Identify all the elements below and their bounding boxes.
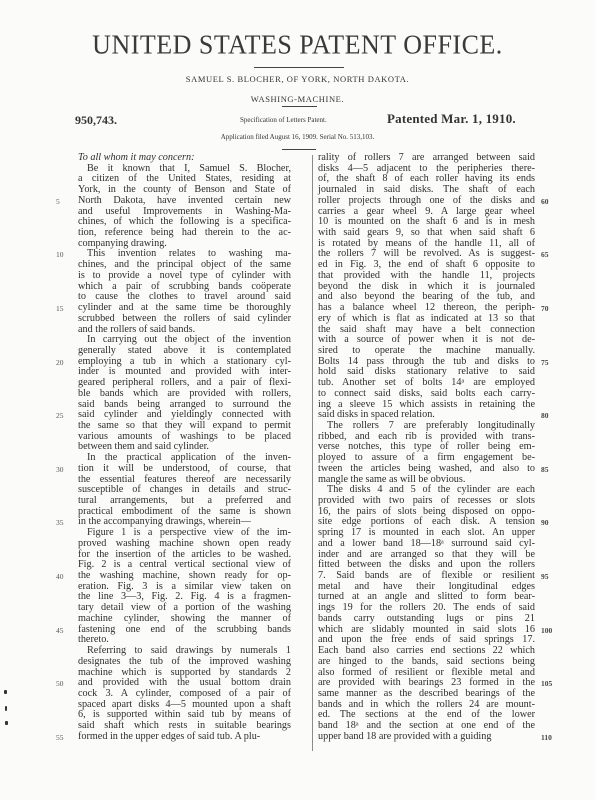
text-line: designates the tub of the improved washi… [78, 657, 291, 668]
office-title: UNITED STATES PATENT OFFICE. [0, 29, 595, 61]
scan-speck [4, 690, 7, 694]
patented-date: Patented Mar. 1, 1910. [387, 111, 516, 127]
line-number: 25 [56, 411, 64, 420]
line-number: 75 [541, 358, 549, 367]
line-number: 100 [541, 626, 552, 635]
line-number: 5 [56, 197, 60, 206]
inventor-line: SAMUEL S. BLOCHER, OF YORK, NORTH DAKOTA… [0, 74, 595, 84]
column-divider [312, 155, 313, 751]
line-number: 45 [56, 626, 64, 635]
line-number: 70 [541, 304, 549, 313]
filing-line: Application filed August 16, 1909. Seria… [0, 133, 595, 141]
text-line: formed in the upper edges of said tub. A… [78, 732, 291, 743]
text-line: fastening one end of the scrubbing bands [78, 625, 291, 636]
right-column: rality of rollers 7 are arranged between… [318, 153, 535, 743]
text-line: to connect said disks, said bolts each c… [318, 389, 535, 400]
text-line: upper band 18 are provided with a guidin… [318, 732, 535, 743]
line-number: 105 [541, 679, 552, 688]
line-number: 30 [56, 465, 64, 474]
scan-speck [5, 706, 7, 711]
line-number: 15 [56, 304, 64, 313]
text-line: tion it will be understood, of course, t… [78, 464, 291, 475]
specification-label: Specification of Letters Patent. [240, 116, 327, 124]
text-line: North Dakota, have invented certain new [78, 196, 291, 207]
text-line: are hinged to the bands, said sections b… [318, 657, 535, 668]
line-number: 35 [56, 518, 64, 527]
text-line: scrubbed between the rollers of said cyl… [78, 314, 291, 325]
line-number: 55 [56, 733, 64, 742]
text-line: ble bands which are provided with roller… [78, 389, 291, 400]
line-number: 95 [541, 572, 549, 581]
patent-number: 950,743. [75, 113, 117, 128]
scan-speck [5, 721, 8, 725]
line-number: 80 [541, 411, 549, 420]
text-line: proved washing machine shown open ready [78, 539, 291, 550]
invention-title: WASHING-MACHINE. [0, 94, 595, 104]
line-number: 20 [56, 358, 64, 367]
line-number: 40 [56, 572, 64, 581]
text-line: tween the articles being washed, and als… [318, 464, 535, 475]
invention-rule [282, 106, 317, 107]
filing-rule [282, 149, 316, 150]
text-line: and a lower band 18—18ᵃ surround said cy… [318, 539, 535, 550]
line-number: 10 [56, 250, 64, 259]
line-number: 85 [541, 465, 549, 474]
title-rule [254, 67, 344, 68]
line-number: 60 [541, 197, 549, 206]
text-line: ery of which is flat as indicated at 13 … [318, 314, 535, 325]
line-number: 65 [541, 250, 549, 259]
line-number: 110 [541, 733, 552, 742]
line-number: 50 [56, 679, 64, 688]
text-line: roller projects through one of the disks… [318, 196, 535, 207]
line-number: 90 [541, 518, 549, 527]
left-column: To all whom it may concern:Be it known t… [78, 153, 291, 743]
